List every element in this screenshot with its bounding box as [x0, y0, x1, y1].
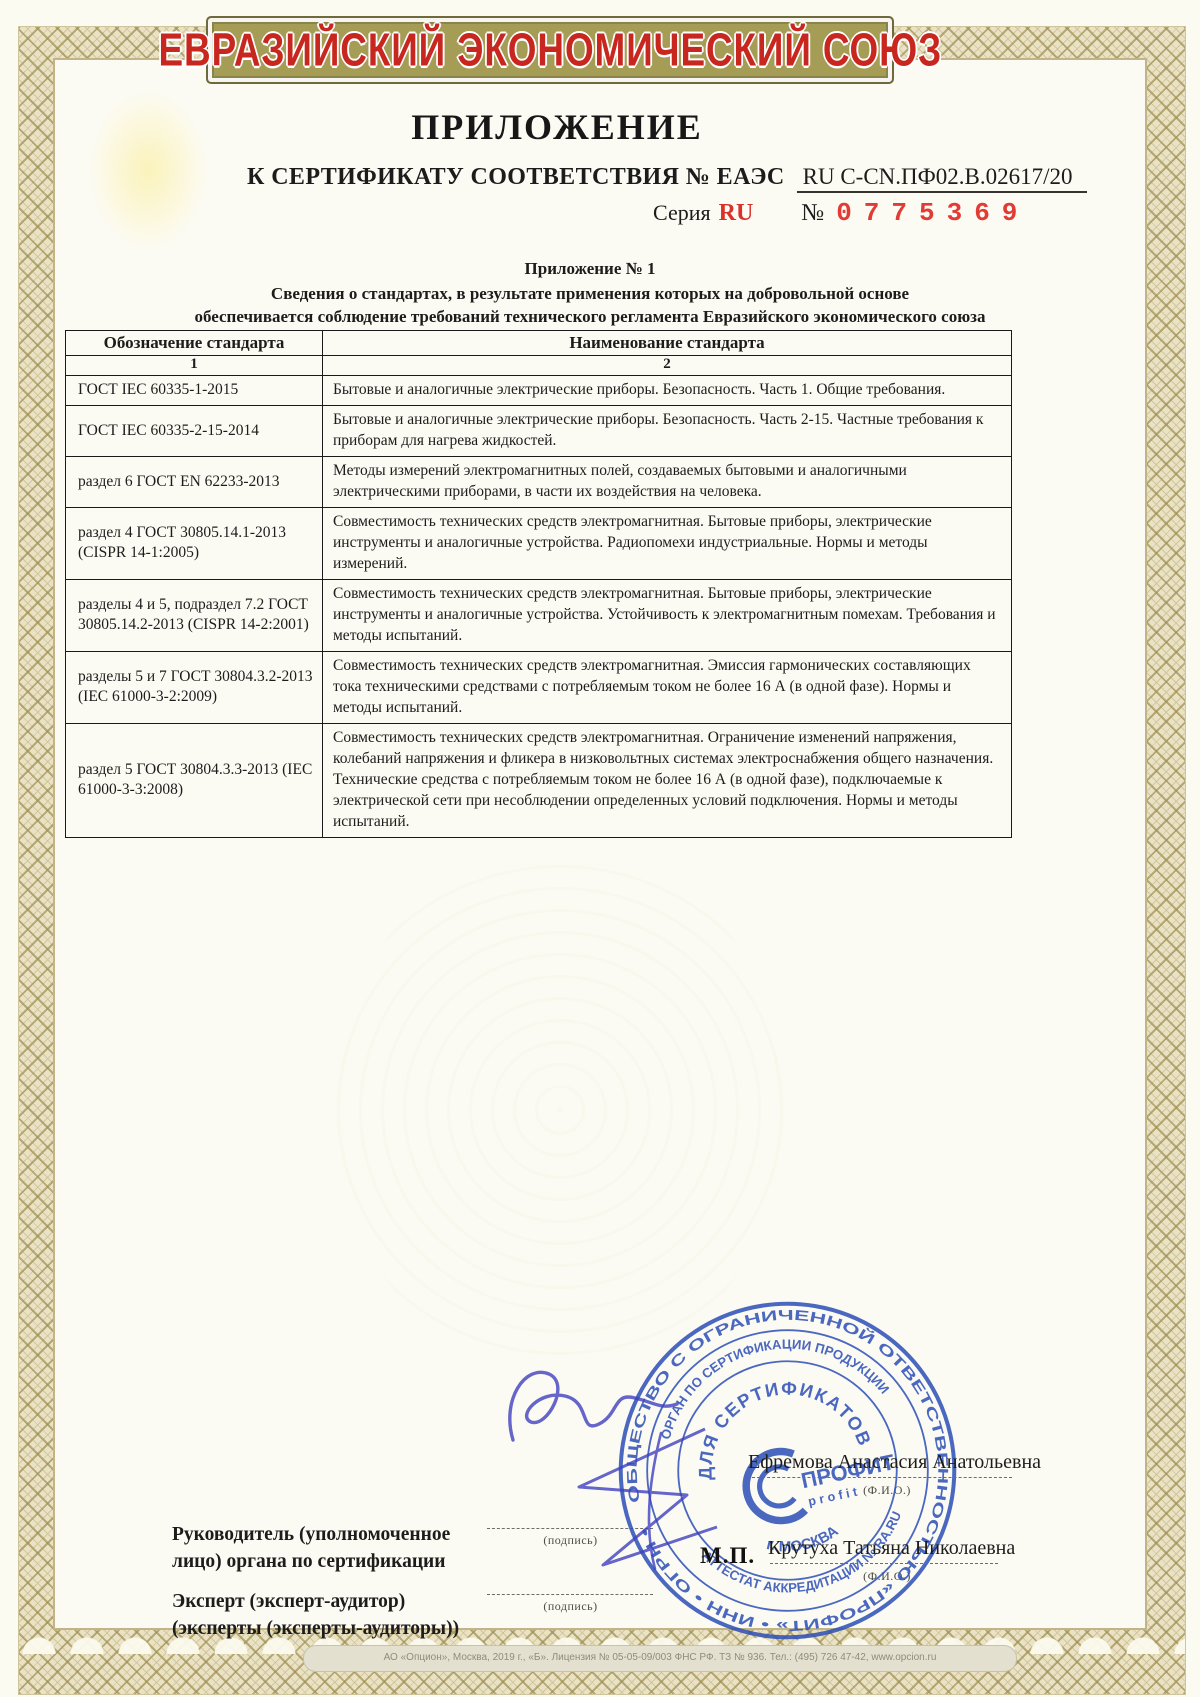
signature-caption: (подпись) — [498, 1599, 643, 1614]
appendix-description-line2: обеспечивается соблюдение требований тех… — [20, 305, 1160, 328]
column-number-1: 1 — [66, 356, 323, 376]
number-sign: № — [801, 200, 824, 227]
eaeu-banner: ЕВРАЗИЙСКИЙ ЭКОНОМИЧЕСКИЙ СОЮЗ — [206, 16, 894, 84]
table-number-row: 1 2 — [66, 356, 1012, 376]
standard-designation-cell: раздел 6 ГОСТ EN 62233-2013 — [66, 457, 323, 508]
standard-name-cell: Бытовые и аналогичные электрические приб… — [323, 406, 1012, 457]
certificate-appendix-page: ЕВРАЗИЙСКИЙ ЭКОНОМИЧЕСКИЙ СОЮЗ ПРИЛОЖЕНИ… — [0, 0, 1200, 1697]
expert-signatory-name: Крутуха Татьяна Николаевна — [768, 1537, 1000, 1560]
table-row: разделы 4 и 5, подраздел 7.2 ГОСТ 30805.… — [66, 580, 1012, 652]
eaeu-banner-text: ЕВРАЗИЙСКИЙ ЭКОНОМИЧЕСКИЙ СОЮЗ — [158, 24, 942, 77]
table-row: раздел 6 ГОСТ EN 62233-2013Методы измере… — [66, 457, 1012, 508]
head-signatory-label: Руководитель (уполномоченное лицо) орган… — [172, 1522, 502, 1575]
standard-name-cell: Методы измерений электромагнитных полей,… — [323, 457, 1012, 508]
table-header-row: Обозначение стандарта Наименование станд… — [66, 331, 1012, 356]
standard-name-cell: Совместимость технических средств электр… — [323, 580, 1012, 652]
table-row: раздел 5 ГОСТ 30804.3.3-2013 (IEC 61000-… — [66, 724, 1012, 838]
table-row: ГОСТ IEC 60335-2-15-2014Бытовые и аналог… — [66, 406, 1012, 457]
standard-designation-cell: ГОСТ IEC 60335-1-2015 — [66, 376, 323, 406]
page-title: ПРИЛОЖЕНИЕ — [0, 106, 1114, 148]
appendix-heading: Приложение № 1 — [30, 259, 1150, 279]
certificate-number-line: К СЕРТИФИКАТУ СООТВЕТСТВИЯ № ЕАЭС RU С-C… — [247, 164, 1087, 193]
printer-imprint: АО «Опцион», Москва, 2019 г., «Б». Лицен… — [303, 1645, 1017, 1672]
table-row: ГОСТ IEC 60335-1-2015Бытовые и аналогичн… — [66, 376, 1012, 406]
series-label: Серия — [653, 200, 711, 226]
certificate-number: RU С-CN.ПФ02.В.02617/20 — [797, 164, 1087, 193]
standard-designation-cell: ГОСТ IEC 60335-2-15-2014 — [66, 406, 323, 457]
standard-name-cell: Совместимость технических средств электр… — [323, 724, 1012, 838]
appendix-description-line1: Сведения о стандартах, в результате прим… — [20, 282, 1160, 305]
certificate-subtitle: К СЕРТИФИКАТУ СООТВЕТСТВИЯ № ЕАЭС — [247, 164, 785, 191]
standard-name-cell: Совместимость технических средств электр… — [323, 652, 1012, 724]
standards-table: Обозначение стандарта Наименование станд… — [65, 330, 1012, 838]
expert-signature-line — [487, 1594, 653, 1595]
standard-name-cell: Бытовые и аналогичные электрические приб… — [323, 376, 1012, 406]
table-row: раздел 4 ГОСТ 30805.14.1-2013 (CISPR 14-… — [66, 508, 1012, 580]
form-number: 0775369 — [836, 198, 1029, 228]
column-header-designation: Обозначение стандарта — [66, 331, 323, 356]
column-number-2: 2 — [323, 356, 1012, 376]
series-value: RU — [719, 200, 754, 227]
head-signatory-name: Ефремова Анастасия Анатольевна — [748, 1451, 1016, 1474]
standard-designation-cell: раздел 5 ГОСТ 30804.3.3-2013 (IEC 61000-… — [66, 724, 323, 838]
standard-designation-cell: разделы 5 и 7 ГОСТ 30804.3.2-2013 (IEC 6… — [66, 652, 323, 724]
series-line: Серия RU № 0775369 — [653, 198, 1029, 228]
head-name-line — [752, 1477, 1012, 1478]
table-row: разделы 5 и 7 ГОСТ 30804.3.2-2013 (IEC 6… — [66, 652, 1012, 724]
expert-name-line — [770, 1563, 998, 1564]
expert-signatory-label: Эксперт (эксперт-аудитор) (эксперты (экс… — [172, 1589, 502, 1642]
standard-designation-cell: раздел 4 ГОСТ 30805.14.1-2013 (CISPR 14-… — [66, 508, 323, 580]
appendix-description: Сведения о стандартах, в результате прим… — [20, 282, 1160, 328]
stamp-place-caption: М.П. — [700, 1543, 755, 1569]
standard-designation-cell: разделы 4 и 5, подраздел 7.2 ГОСТ 30805.… — [66, 580, 323, 652]
standard-name-cell: Совместимость технических средств электр… — [323, 508, 1012, 580]
column-header-name: Наименование стандарта — [323, 331, 1012, 356]
